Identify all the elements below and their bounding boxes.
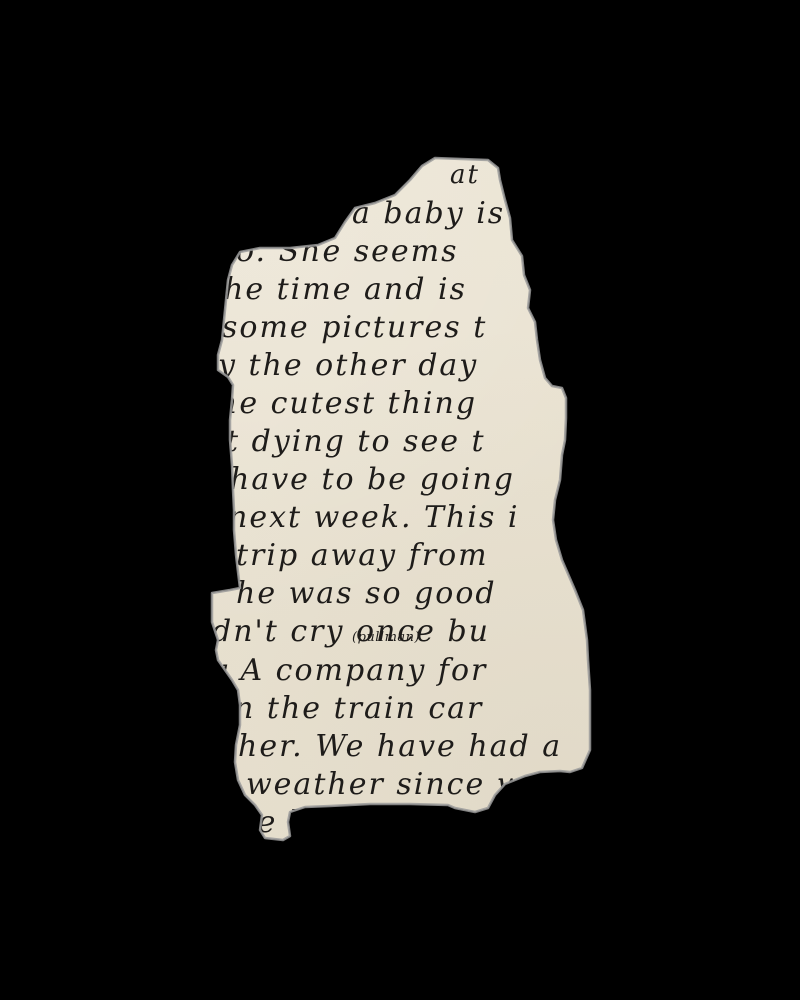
document-canvas: at a baby is o. She seems he time and is… [0, 0, 800, 1000]
torn-edge-outline [0, 0, 800, 1000]
